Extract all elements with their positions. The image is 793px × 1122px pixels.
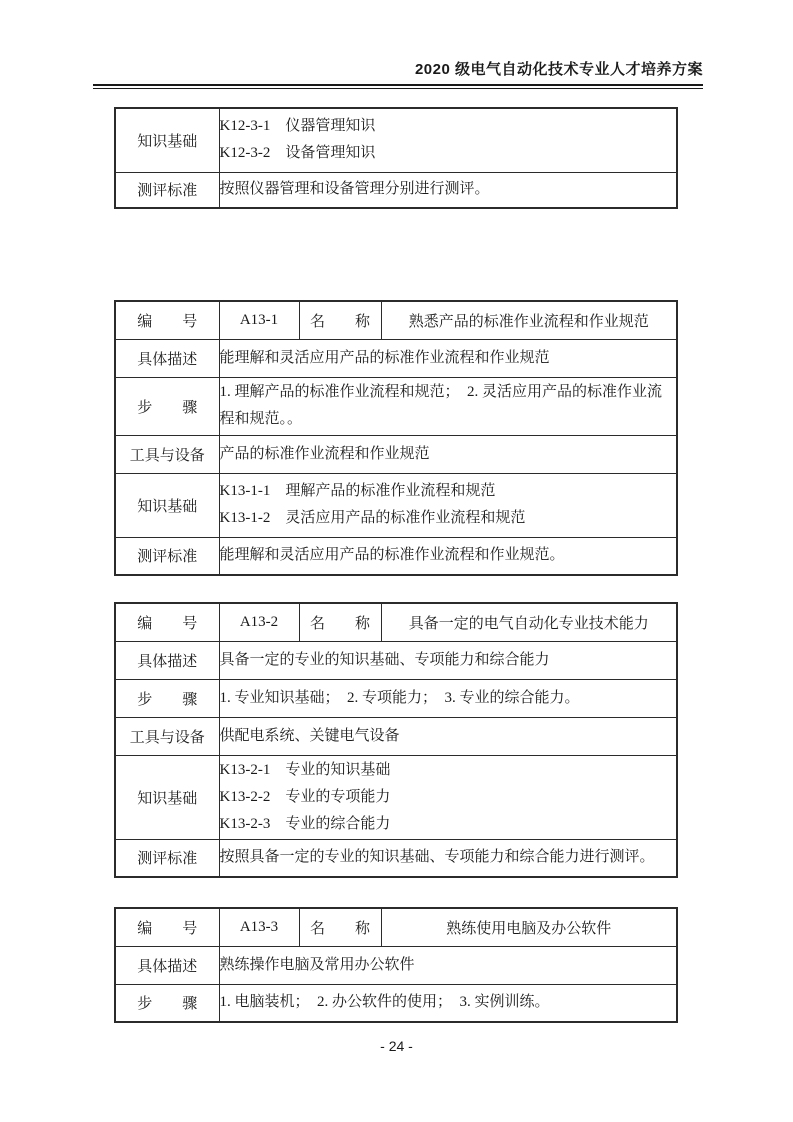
content-line: 按照仪器管理和设备管理分别进行测评。 [220, 176, 677, 203]
table-row: 工具与设备 供配电系统、关键电气设备 [115, 717, 677, 755]
table-row: 步 骤 1. 专业知识基础； 2. 专项能力； 3. 专业的综合能力。 [115, 679, 677, 717]
row-label: 测评标准 [115, 839, 219, 877]
table-header-row: 编 号 A13-2 名 称 具备一定的电气自动化专业技术能力 [115, 603, 677, 641]
no-label-cell: 编 号 [115, 908, 219, 946]
row-content: 具备一定的专业的知识基础、专项能力和综合能力 [219, 641, 677, 679]
row-label: 测评标准 [115, 537, 219, 575]
name-value-cell: 熟悉产品的标准作业流程和作业规范 [381, 301, 677, 339]
name-label-cell: 名 称 [299, 301, 381, 339]
row-content: K12-3-1 仪器管理知识 K12-3-2 设备管理知识 [219, 108, 677, 172]
content-line: K13-2-3 专业的综合能力 [220, 811, 677, 838]
row-content: 按照仪器管理和设备管理分别进行测评。 [219, 172, 677, 208]
content-line: 能理解和灵活应用产品的标准作业流程和作业规范 [220, 345, 677, 372]
content-line: 按照具备一定的专业的知识基础、专项能力和综合能力进行测评。 [220, 844, 677, 871]
table-header-row: 编 号 A13-1 名 称 熟悉产品的标准作业流程和作业规范 [115, 301, 677, 339]
row-content: 按照具备一定的专业的知识基础、专项能力和综合能力进行测评。 [219, 839, 677, 877]
row-label: 具体描述 [115, 946, 219, 984]
content-line: K12-3-2 设备管理知识 [220, 140, 677, 167]
table-a13-3: 编 号 A13-3 名 称 熟练使用电脑及办公软件 具体描述 熟练操作电脑及常用… [114, 907, 678, 1023]
table-header-row: 编 号 A13-3 名 称 熟练使用电脑及办公软件 [115, 908, 677, 946]
page-number: - 24 - [0, 1038, 793, 1054]
row-label: 工具与设备 [115, 435, 219, 473]
content-line: K13-1-2 灵活应用产品的标准作业流程和规范 [220, 505, 677, 532]
table-row: 步 骤 1. 理解产品的标准作业流程和规范； 2. 灵活应用产品的标准作业流程和… [115, 377, 677, 435]
no-value-cell: A13-2 [219, 603, 299, 641]
content-line: K12-3-1 仪器管理知识 [220, 113, 677, 140]
row-label: 具体描述 [115, 339, 219, 377]
table-row: 知识基础 K13-2-1 专业的知识基础 K13-2-2 专业的专项能力 K13… [115, 755, 677, 839]
content-line: 1. 专业知识基础； 2. 专项能力； 3. 专业的综合能力。 [220, 685, 677, 712]
table-row: 步 骤 1. 电脑装机； 2. 办公软件的使用； 3. 实例训练。 [115, 984, 677, 1022]
row-content: 供配电系统、关键电气设备 [219, 717, 677, 755]
table-row: 具体描述 熟练操作电脑及常用办公软件 [115, 946, 677, 984]
no-label-cell: 编 号 [115, 301, 219, 339]
table-row: 具体描述 能理解和灵活应用产品的标准作业流程和作业规范 [115, 339, 677, 377]
row-label: 测评标准 [115, 172, 219, 208]
row-label: 知识基础 [115, 473, 219, 537]
row-label: 步 骤 [115, 377, 219, 435]
name-value-cell: 熟练使用电脑及办公软件 [381, 908, 677, 946]
row-label: 工具与设备 [115, 717, 219, 755]
row-label: 知识基础 [115, 108, 219, 172]
row-label: 具体描述 [115, 641, 219, 679]
row-content: 产品的标准作业流程和作业规范 [219, 435, 677, 473]
row-content: 能理解和灵活应用产品的标准作业流程和作业规范 [219, 339, 677, 377]
table-row: 测评标准 按照仪器管理和设备管理分别进行测评。 [115, 172, 677, 208]
document-page: 2020 级电气自动化技术专业人才培养方案 知识基础 K12-3-1 仪器管理知… [0, 0, 793, 1122]
table-a13-2: 编 号 A13-2 名 称 具备一定的电气自动化专业技术能力 具体描述 具备一定… [114, 602, 678, 878]
row-content: 1. 专业知识基础； 2. 专项能力； 3. 专业的综合能力。 [219, 679, 677, 717]
page-header-title: 2020 级电气自动化技术专业人才培养方案 [93, 58, 703, 79]
table-row: 具体描述 具备一定的专业的知识基础、专项能力和综合能力 [115, 641, 677, 679]
content-line: 熟练操作电脑及常用办公软件 [220, 952, 677, 979]
row-label: 步 骤 [115, 679, 219, 717]
table-row: 工具与设备 产品的标准作业流程和作业规范 [115, 435, 677, 473]
row-content: 1. 电脑装机； 2. 办公软件的使用； 3. 实例训练。 [219, 984, 677, 1022]
row-label: 知识基础 [115, 755, 219, 839]
content-line: 1. 电脑装机； 2. 办公软件的使用； 3. 实例训练。 [220, 989, 677, 1016]
row-content: 熟练操作电脑及常用办公软件 [219, 946, 677, 984]
content-line: 能理解和灵活应用产品的标准作业流程和作业规范。 [220, 542, 677, 569]
content-line: 产品的标准作业流程和作业规范 [220, 441, 677, 468]
table-a13-1: 编 号 A13-1 名 称 熟悉产品的标准作业流程和作业规范 具体描述 能理解和… [114, 300, 678, 576]
content-line: K13-1-1 理解产品的标准作业流程和规范 [220, 478, 677, 505]
row-content: 能理解和灵活应用产品的标准作业流程和作业规范。 [219, 537, 677, 575]
row-content: K13-2-1 专业的知识基础 K13-2-2 专业的专项能力 K13-2-3 … [219, 755, 677, 839]
table-row: 知识基础 K13-1-1 理解产品的标准作业流程和规范 K13-1-2 灵活应用… [115, 473, 677, 537]
no-value-cell: A13-3 [219, 908, 299, 946]
table-row: 知识基础 K12-3-1 仪器管理知识 K12-3-2 设备管理知识 [115, 108, 677, 172]
no-value-cell: A13-1 [219, 301, 299, 339]
no-label-cell: 编 号 [115, 603, 219, 641]
row-content: 1. 理解产品的标准作业流程和规范； 2. 灵活应用产品的标准作业流程和规范。。 [219, 377, 677, 435]
row-content: K13-1-1 理解产品的标准作业流程和规范 K13-1-2 灵活应用产品的标准… [219, 473, 677, 537]
name-label-cell: 名 称 [299, 908, 381, 946]
content-line: K13-2-2 专业的专项能力 [220, 784, 677, 811]
table-row: 测评标准 按照具备一定的专业的知识基础、专项能力和综合能力进行测评。 [115, 839, 677, 877]
content-line: K13-2-1 专业的知识基础 [220, 757, 677, 784]
content-line: 具备一定的专业的知识基础、专项能力和综合能力 [220, 647, 677, 674]
content-line: 1. 理解产品的标准作业流程和规范； 2. 灵活应用产品的标准作业流程和规范。。 [220, 379, 677, 433]
header-double-rule [93, 84, 703, 89]
name-value-cell: 具备一定的电气自动化专业技术能力 [381, 603, 677, 641]
row-label: 步 骤 [115, 984, 219, 1022]
name-label-cell: 名 称 [299, 603, 381, 641]
table-row: 测评标准 能理解和灵活应用产品的标准作业流程和作业规范。 [115, 537, 677, 575]
content-line: 供配电系统、关键电气设备 [220, 723, 677, 750]
table-k12-3: 知识基础 K12-3-1 仪器管理知识 K12-3-2 设备管理知识 测评标准 … [114, 107, 678, 209]
